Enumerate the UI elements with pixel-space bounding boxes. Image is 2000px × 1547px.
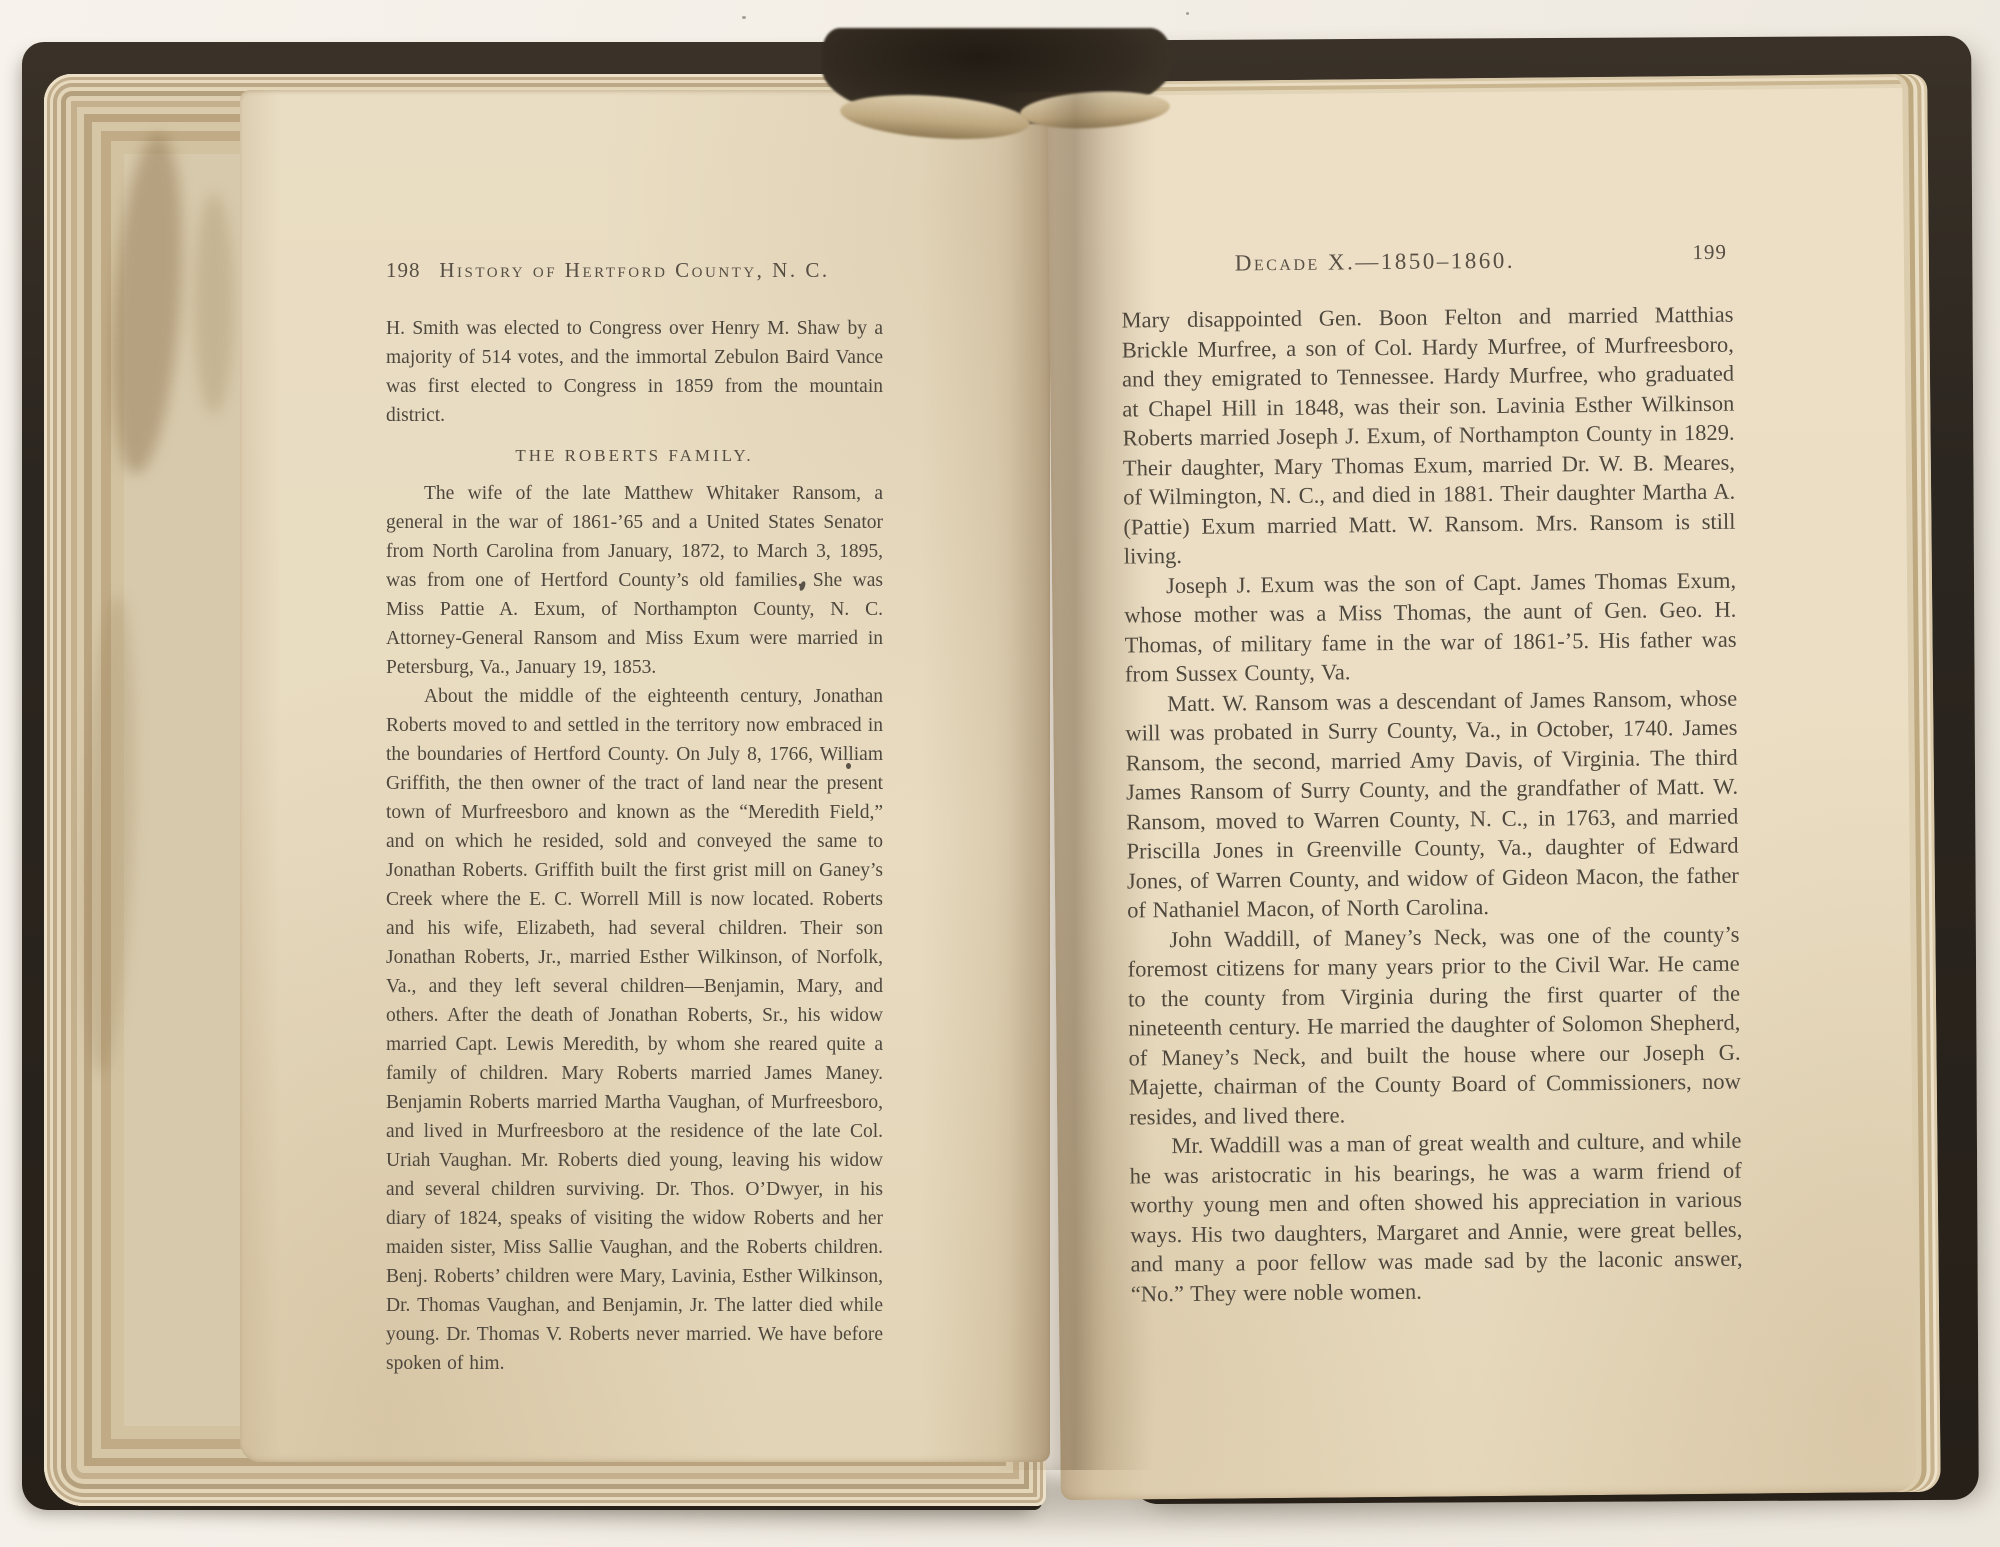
running-header-right: Decade X.—1850–1860. 199 [1121, 246, 1733, 282]
paragraph: About the middle of the eighteenth centu… [386, 682, 883, 1378]
paragraph: Mary disappointed Gen. Boon Felton and m… [1121, 300, 1736, 571]
paragraph: Joseph J. Exum was the son of Capt. Jame… [1124, 565, 1737, 689]
right-page-body: Mary disappointed Gen. Boon Felton and m… [1121, 300, 1743, 1309]
running-header-left: 198 History of Hertford County, N. C. [386, 258, 883, 288]
paragraph: Matt. W. Ransom was a descendant of Jame… [1125, 683, 1739, 925]
section-heading: The Roberts Family. [386, 446, 883, 466]
page-edge-stain [76, 593, 143, 1074]
dust-speck [1186, 12, 1189, 15]
page-edge-stain [102, 132, 192, 476]
dust-speck [742, 16, 746, 19]
page-number-left: 198 [386, 258, 421, 283]
paragraph: Mr. Waddill was a man of great wealth an… [1129, 1126, 1743, 1309]
right-page-text: Decade X.—1850–1860. 199 Mary disappoint… [1121, 246, 1743, 1309]
photo-background: 198 History of Hertford County, N. C. H.… [0, 0, 2000, 1547]
paragraph: John Waddill, of Maney’s Neck, was one o… [1127, 919, 1741, 1131]
paragraph: H. Smith was elected to Congress over He… [386, 314, 883, 430]
running-title-right: Decade X.—1850–1860. [1069, 246, 1681, 278]
page-edge-stain [194, 194, 234, 414]
left-page-text: 198 History of Hertford County, N. C. H.… [386, 258, 883, 1378]
running-title-left: History of Hertford County, N. C. [386, 258, 883, 283]
left-page-body: H. Smith was elected to Congress over He… [386, 314, 883, 1378]
page-number-right: 199 [1692, 240, 1727, 265]
paragraph: The wife of the late Matthew Whitaker Ra… [386, 479, 883, 682]
right-page: Decade X.—1850–1860. 199 Mary disappoint… [1047, 74, 1941, 1500]
ink-speck [846, 763, 851, 769]
left-page: 198 History of Hertford County, N. C. H.… [240, 90, 1050, 1462]
